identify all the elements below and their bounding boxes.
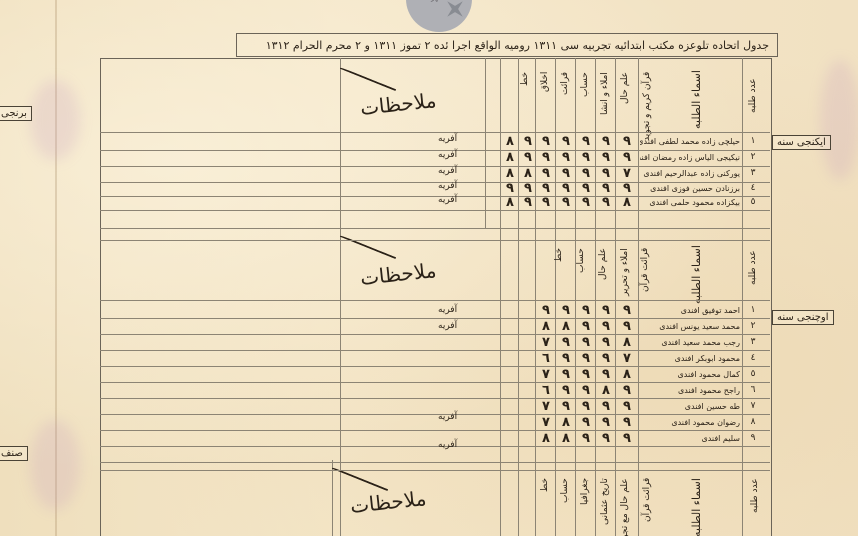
grade-cell: ٩: [537, 150, 555, 165]
row-number: ٤: [748, 183, 758, 193]
grid-rule: [100, 132, 770, 133]
grid-rule: [100, 196, 770, 197]
row-number: ٣: [748, 168, 758, 178]
grade-cell: ٧: [537, 367, 555, 382]
grade-cell: ٩: [577, 399, 595, 414]
grade-cell: ٩: [597, 335, 615, 350]
grade-cell: ٩: [597, 150, 615, 165]
grid-rule: [100, 240, 770, 241]
grade-cell: ٩: [597, 134, 615, 149]
document-title: جدول اتحاده تلوعزه مکتب ابتدائیه تجربیه …: [236, 33, 778, 57]
row-number: ٨: [748, 417, 758, 427]
grade-cell: ٩: [597, 319, 615, 334]
column-header-names: اسماء الطلبه: [690, 245, 703, 305]
grade-cell: ٩: [519, 134, 537, 149]
student-name: برزنادن حسین فوزی افندی: [640, 184, 740, 193]
grade-cell: ٨: [557, 319, 575, 334]
grid-divider: [500, 58, 501, 536]
grade-cell: ٦: [537, 351, 555, 366]
grade-cell: ٦: [537, 383, 555, 398]
grade-cell: ٧: [537, 415, 555, 430]
grade-cell: ٩: [577, 431, 595, 446]
grid-rule: [100, 318, 770, 319]
column-header-subject: تاریخ عثمانی: [600, 478, 610, 536]
note-text: آفریه: [438, 166, 457, 176]
grid-rule: [100, 150, 770, 151]
student-name: محمود ابوبکر افندی: [640, 354, 740, 363]
grade-cell: ٩: [537, 134, 555, 149]
row-number: ٥: [748, 197, 758, 207]
grade-cell: ٨: [501, 195, 519, 210]
grade-cell: ٩: [597, 431, 615, 446]
seal-text: مهر: [412, 0, 442, 2]
column-header-subject: حساب: [576, 248, 586, 303]
column-header-subject: قرائت قرآن: [640, 248, 650, 303]
grid-rule: [100, 430, 770, 431]
grade-cell: ٩: [577, 150, 595, 165]
column-header-subject: قرآن کریم و تجوید: [642, 72, 652, 130]
column-header-subject: قرائت: [560, 72, 570, 130]
row-number: ٢: [748, 321, 758, 331]
grade-cell: ٩: [577, 367, 595, 382]
grid-rule: [100, 166, 770, 167]
grade-cell: ٩: [577, 383, 595, 398]
grid-rule: [100, 300, 770, 301]
grid-rule: [100, 382, 770, 383]
grid-rule: [100, 228, 770, 229]
grade-cell: ٩: [557, 166, 575, 181]
grid-divider: [595, 58, 596, 536]
row-number: ٥: [748, 369, 758, 379]
grade-cell: ٩: [577, 181, 595, 196]
grade-cell: ٩: [618, 431, 636, 446]
column-header-names: اسماء الطلبه: [690, 478, 703, 536]
grid-divider: [340, 58, 341, 536]
grade-cell: ٩: [577, 195, 595, 210]
grade-cell: ٩: [557, 150, 575, 165]
grade-cell: ٩: [597, 166, 615, 181]
row-number: ٦: [748, 385, 758, 395]
grid-rule: [100, 182, 770, 183]
student-name: رضوان محمود افندی: [640, 418, 740, 427]
column-header-subject: قرائت قرآن: [642, 478, 652, 536]
column-header-subject: خط: [554, 248, 564, 303]
grade-cell: ٨: [501, 134, 519, 149]
grade-cell: ٩: [577, 351, 595, 366]
row-number: ٩: [748, 433, 758, 443]
grade-cell: ٩: [557, 181, 575, 196]
grid-rule: [100, 366, 770, 367]
column-header-subject: خط: [520, 72, 530, 130]
grade-cell: ٩: [618, 134, 636, 149]
column-header-subject: جغرافیا: [580, 478, 590, 536]
grade-cell: ٩: [597, 415, 615, 430]
grade-cell: ٩: [537, 303, 555, 318]
margin-label: برنجی: [0, 106, 32, 121]
grid-rule: [100, 446, 770, 447]
grade-cell: ٩: [501, 181, 519, 196]
grade-cell: ٨: [519, 166, 537, 181]
grade-cell: ٩: [597, 367, 615, 382]
grade-cell: ٩: [557, 367, 575, 382]
class-label-section-2: اوچنجی سنه: [772, 310, 834, 325]
grade-cell: ٨: [597, 383, 615, 398]
stain: [30, 80, 80, 160]
column-header-subject: خط: [540, 478, 550, 536]
grid-divider: [332, 460, 333, 536]
grade-cell: ٩: [537, 181, 555, 196]
margin-label: صنف: [0, 446, 28, 461]
grade-cell: ٧: [618, 166, 636, 181]
note-text: آفریه: [438, 305, 457, 315]
student-name: راجح محمود افندی: [640, 386, 740, 395]
row-number: ٤: [748, 353, 758, 363]
note-text: آفریه: [438, 321, 457, 331]
grid-rule: [100, 470, 770, 471]
grid-rule: [100, 414, 770, 415]
grade-cell: ٧: [537, 399, 555, 414]
grade-cell: ٩: [537, 195, 555, 210]
grade-cell: ٨: [618, 195, 636, 210]
row-number: ٣: [748, 337, 758, 347]
student-name: احمد توفیق افندی: [640, 306, 740, 315]
grid-divider: [638, 58, 639, 536]
student-name: نیکیجی الیاس زاده رمضان افندی: [640, 153, 740, 162]
row-number: ٢: [748, 152, 758, 162]
column-header-subject: حساب: [580, 72, 590, 130]
grade-cell: ٩: [618, 399, 636, 414]
grade-cell: ٩: [519, 150, 537, 165]
column-header-subject: علم حال مع تجوید: [620, 478, 630, 536]
grade-cell: ٨: [537, 319, 555, 334]
class-label-section-1: ایکنجی سنه: [772, 135, 831, 150]
grade-cell: ٩: [577, 303, 595, 318]
student-name: بیکزاده محمود حلمی افندی: [640, 198, 740, 207]
student-name: کمال محمود افندی: [640, 370, 740, 379]
grid-rule: [100, 462, 770, 463]
student-name: حیلچی زاده محمد لطفی افندی: [640, 137, 740, 146]
grade-cell: ٨: [557, 415, 575, 430]
grid-divider: [615, 58, 616, 536]
student-name: سلیم افندی: [640, 434, 740, 443]
grade-cell: ٩: [557, 335, 575, 350]
grade-cell: ٩: [577, 415, 595, 430]
grade-cell: ٩: [597, 351, 615, 366]
note-text: آفریه: [438, 134, 457, 144]
grade-cell: ٩: [618, 319, 636, 334]
grade-cell: ٩: [618, 415, 636, 430]
note-text: آفریه: [438, 181, 457, 191]
column-header-subject: املاء و انشا: [600, 72, 610, 130]
student-name: طه حسین افندی: [640, 402, 740, 411]
row-number: ١: [748, 136, 758, 146]
grid-rule: [100, 398, 770, 399]
grade-cell: ٨: [557, 431, 575, 446]
student-name: محمد سعید یونس افندی: [640, 322, 740, 331]
grade-cell: ٩: [618, 150, 636, 165]
grade-cell: ٩: [618, 181, 636, 196]
note-text: آفریه: [438, 412, 457, 422]
grid-divider: [742, 58, 743, 536]
grade-cell: ٩: [557, 399, 575, 414]
grade-cell: ٩: [519, 181, 537, 196]
grid-rule: [100, 334, 770, 335]
note-text: آفریه: [438, 150, 457, 160]
grade-cell: ٩: [577, 134, 595, 149]
grid-divider: [485, 58, 486, 228]
grade-cell: ٨: [501, 150, 519, 165]
grade-cell: ٩: [537, 166, 555, 181]
grade-cell: ٩: [618, 303, 636, 318]
grade-cell: ٩: [519, 195, 537, 210]
stain: [820, 60, 858, 180]
grade-cell: ٩: [577, 166, 595, 181]
note-text: آفریه: [438, 195, 457, 205]
grade-cell: ٩: [557, 303, 575, 318]
grade-cell: ٩: [557, 195, 575, 210]
grade-cell: ٧: [537, 335, 555, 350]
stain: [30, 420, 80, 510]
grade-cell: ٩: [618, 383, 636, 398]
grid-rule: [100, 350, 770, 351]
table-frame: [100, 58, 772, 536]
student-name: رجب محمد سعید افندی: [640, 338, 740, 347]
column-header-names: اسماء الطلبه: [690, 70, 703, 130]
grid-divider: [518, 58, 519, 536]
grade-cell: ٨: [501, 166, 519, 181]
row-number: ١: [748, 305, 758, 315]
grid-rule: [100, 210, 770, 211]
column-header-subject: علم حال: [620, 72, 630, 130]
note-text: آفریه: [438, 440, 457, 450]
column-header-index: عدد طلبه: [748, 78, 758, 128]
grade-cell: ٩: [597, 181, 615, 196]
student-name: یورکنی زاده عبدالرحیم افندی: [640, 169, 740, 178]
column-header-index: عدد طلبه: [748, 250, 758, 305]
grade-cell: ٩: [577, 335, 595, 350]
grade-cell: ٩: [557, 351, 575, 366]
grade-cell: ٩: [597, 399, 615, 414]
grade-cell: ٧: [618, 351, 636, 366]
grade-cell: ٩: [557, 134, 575, 149]
column-header-index: عدد طلبه: [750, 478, 760, 536]
grade-cell: ٨: [537, 431, 555, 446]
grade-cell: ٩: [557, 383, 575, 398]
grade-cell: ٩: [577, 319, 595, 334]
grade-cell: ٩: [597, 195, 615, 210]
grade-cell: ٨: [618, 335, 636, 350]
column-header-subject: اخلاق: [540, 72, 550, 130]
grade-cell: ٨: [618, 367, 636, 382]
column-header-subject: املاء و تحریر: [620, 248, 630, 303]
grid-divider: [535, 58, 536, 536]
grade-cell: ٩: [597, 303, 615, 318]
row-number: ٧: [748, 401, 758, 411]
column-header-subject: علم حال: [598, 248, 608, 303]
column-header-subject: حساب: [560, 478, 570, 536]
